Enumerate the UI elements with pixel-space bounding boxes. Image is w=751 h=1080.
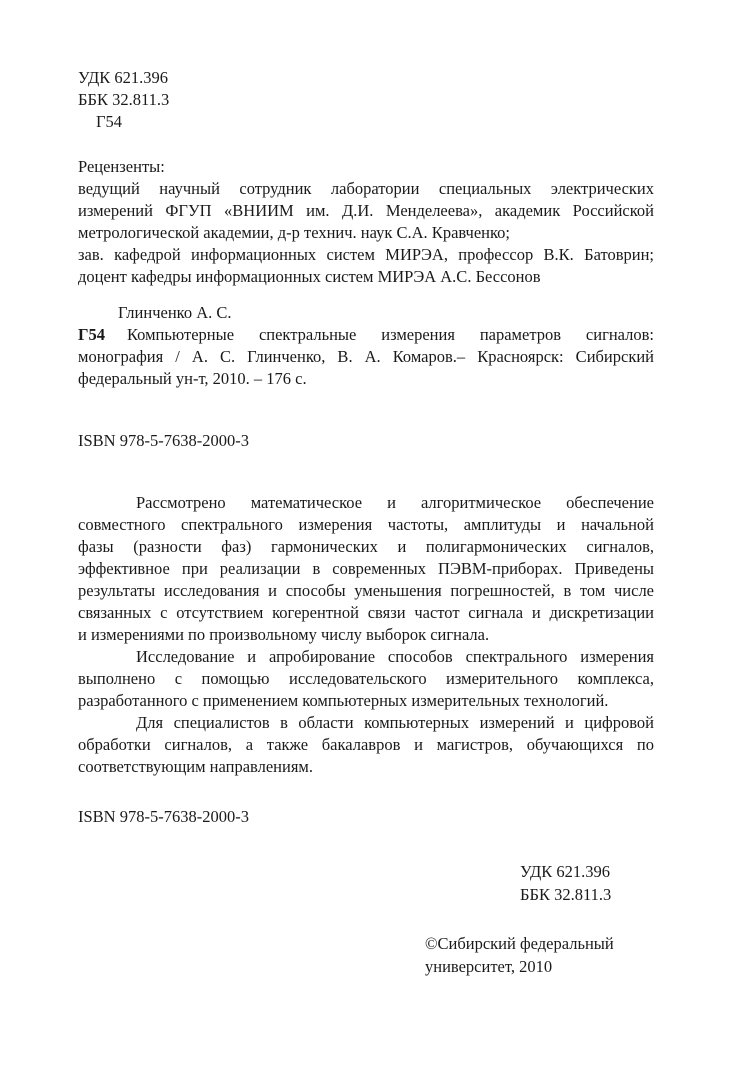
abstract-paragraph-3: Для специалистов в области компьютерных … xyxy=(78,712,654,778)
abstract-line: и измерениями по произвольному числу выб… xyxy=(78,624,654,646)
reviewer-line: измерений ФГУП «ВНИИМ им. Д.И. Менделеев… xyxy=(78,200,654,222)
abstract-line: эффективное при реализации в современных… xyxy=(78,558,654,580)
abstract: Рассмотрено математическое и алгоритмиче… xyxy=(78,492,654,778)
reviewers-heading: Рецензенты: xyxy=(78,156,654,178)
abstract-line: обработки сигналов, а также бакалавров и… xyxy=(78,734,654,756)
abstract-line: Для специалистов в области компьютерных … xyxy=(78,712,654,734)
biblio-title-line: Г54Компьютерные спектральные измерения п… xyxy=(78,324,654,346)
abstract-line: разработанного с применением компьютерны… xyxy=(78,690,654,712)
abstract-line: связанных с отсутствием когерентной связ… xyxy=(78,602,654,624)
bbk-code: ББК 32.811.3 xyxy=(520,883,611,906)
abstract-paragraph-1: Рассмотрено математическое и алгоритмиче… xyxy=(78,492,654,646)
reviewer-line: метрологической академии, д-р технич. на… xyxy=(78,222,654,244)
biblio-title: Компьютерные спектральные измерения пара… xyxy=(127,325,654,344)
biblio-line: федеральный ун-т, 2010. – 176 с. xyxy=(78,368,654,390)
abstract-line: результаты исследования и способы уменьш… xyxy=(78,580,654,602)
abstract-line: Рассмотрено математическое и алгоритмиче… xyxy=(78,492,654,514)
author-mark: Г54 xyxy=(78,111,169,133)
bibliographic-record: Г54Компьютерные спектральные измерения п… xyxy=(78,324,654,390)
abstract-paragraph-2: Исследование и апробирование способов сп… xyxy=(78,646,654,712)
reviewer-line: доцент кафедры информационных систем МИР… xyxy=(78,266,654,288)
copyright-page: УДК 621.396 ББК 32.811.3 Г54 Рецензенты:… xyxy=(0,0,751,1080)
udk-code: УДК 621.396 xyxy=(78,67,169,89)
copyright-notice: ©Сибирский федеральный университет, 2010 xyxy=(425,932,614,978)
abstract-line: фазы (разности фаз) гармонических и поли… xyxy=(78,536,654,558)
biblio-code: Г54 xyxy=(78,325,105,344)
reviewers-block: Рецензенты: ведущий научный сотрудник ла… xyxy=(78,156,654,288)
biblio-line: монография / А. С. Глинченко, В. А. Кома… xyxy=(78,346,654,368)
abstract-line: совместного спектрального измерения част… xyxy=(78,514,654,536)
copyright-line-1: ©Сибирский федеральный xyxy=(425,932,614,955)
bbk-code: ББК 32.811.3 xyxy=(78,89,169,111)
isbn-top: ISBN 978-5-7638-2000-3 xyxy=(78,430,249,452)
author-heading: Глинченко А. С. xyxy=(118,302,232,324)
abstract-line: выполнено с помощью исследовательского и… xyxy=(78,668,654,690)
classification-block-bottom: УДК 621.396 ББК 32.811.3 xyxy=(520,860,611,906)
abstract-line: Исследование и апробирование способов сп… xyxy=(78,646,654,668)
reviewer-line: зав. кафедрой информационных систем МИРЭ… xyxy=(78,244,654,266)
abstract-line: соответствующим направлениям. xyxy=(78,756,654,778)
classification-block-top: УДК 621.396 ББК 32.811.3 Г54 xyxy=(78,67,169,133)
isbn-bottom: ISBN 978-5-7638-2000-3 xyxy=(78,806,249,828)
copyright-line-2: университет, 2010 xyxy=(425,955,614,978)
udk-code: УДК 621.396 xyxy=(520,860,611,883)
reviewer-line: ведущий научный сотрудник лаборатории сп… xyxy=(78,178,654,200)
